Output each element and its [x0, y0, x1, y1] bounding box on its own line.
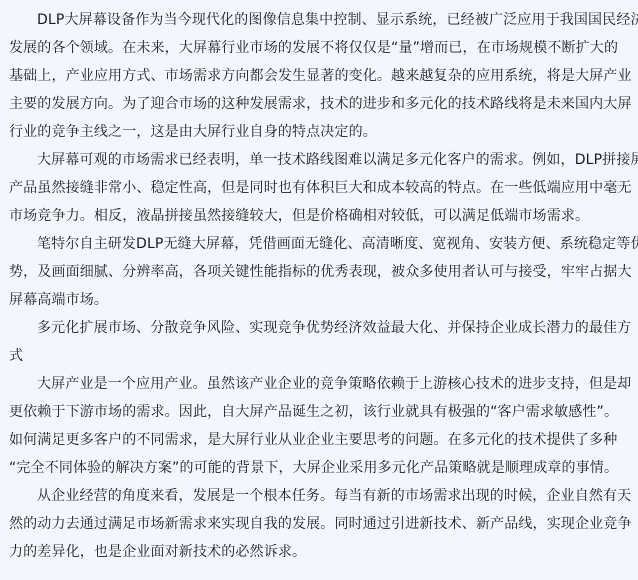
- text-line: 势，及画面细腻、分辨率高，各项关键性能指标的优秀表现，被众多使用者认可与接受，牢…: [9, 258, 634, 286]
- text-line: 基础上，产业应用方式、市场需求方向都会发生显著的变化。越来越复杂的应用系统，将是…: [9, 62, 634, 90]
- text-line: 大屏幕可观的市场需求已经表明，单一技术路线图难以满足多元化客户的需求。例如，DL…: [9, 146, 634, 174]
- paragraph-4: 多元化扩展市场、分散竞争风险、实现竞争优势经济效益最大化、并保持企业成长潜力的最…: [9, 314, 634, 370]
- paragraph-1: DLP大屏幕设备作为当今现代化的图像信息集中控制、显示系统，已经被广泛应用于我国…: [9, 6, 634, 146]
- text-line: 市场竞争力。相反，液晶拼接虽然接缝较大，但是价格确相对较低，可以满足低端市场需求…: [9, 202, 634, 230]
- paragraph-6: 从企业经营的角度来看，发展是一个根本任务。每当有新的市场需求出现的时候，企业自然…: [9, 482, 634, 566]
- text-line: 大屏产业是一个应用产业。虽然该产业企业的竞争策略依赖于上游核心技术的进步支持，但…: [9, 370, 634, 398]
- paragraph-5: 大屏产业是一个应用产业。虽然该产业企业的竞争策略依赖于上游核心技术的进步支持，但…: [9, 370, 634, 482]
- text-line: 多元化扩展市场、分散竞争风险、实现竞争优势经济效益最大化、并保持企业成长潜力的最…: [9, 314, 634, 342]
- text-line: 从企业经营的角度来看，发展是一个根本任务。每当有新的市场需求出现的时候，企业自然…: [9, 482, 634, 510]
- text-line: 主要的发展方向。为了迎合市场的这种发展需求，技术的进步和多元化的技术路线将是未来…: [9, 90, 634, 118]
- paragraph-3: 笔特尔自主研发DLP无缝大屏幕，凭借画面无缝化、高清晰度、宽视角、安装方便、系统…: [9, 230, 634, 314]
- text-line: 力的差异化，也是企业面对新技术的必然诉求。: [9, 538, 634, 566]
- text-line: 产品虽然接缝非常小、稳定性高，但是同时也有体积巨大和成本较高的特点。在一些低端应…: [9, 174, 634, 202]
- text-line: 屏幕高端市场。: [9, 286, 634, 314]
- paragraph-2: 大屏幕可观的市场需求已经表明，单一技术路线图难以满足多元化客户的需求。例如，DL…: [9, 146, 634, 230]
- text-line: 行业的竞争主线之一，这是由大屏行业自身的特点决定的。: [9, 118, 634, 146]
- text-line: 更依赖于下游市场的需求。因此，自大屏产品诞生之初，该行业就具有极强的“客户需求敏…: [9, 398, 634, 426]
- text-line: 笔特尔自主研发DLP无缝大屏幕，凭借画面无缝化、高清晰度、宽视角、安装方便、系统…: [9, 230, 634, 258]
- text-line: DLP大屏幕设备作为当今现代化的图像信息集中控制、显示系统，已经被广泛应用于我国…: [9, 6, 634, 34]
- article-body: DLP大屏幕设备作为当今现代化的图像信息集中控制、显示系统，已经被广泛应用于我国…: [9, 6, 634, 566]
- text-line: 然的动力去通过满足市场新需求来实现自我的发展。同时通过引进新技术、新产品线，实现…: [9, 510, 634, 538]
- text-line: 如何满足更多客户的不同需求，是大屏行业从业企业主要思考的问题。在多元化的技术提供…: [9, 426, 634, 454]
- text-line: “完全不同体验的解决方案”的可能的背景下，大屏企业采用多元化产品策略就是顺理成章…: [9, 454, 634, 482]
- text-line: 发展的各个领域。在未来，大屏幕行业市场的发展不将仅仅是“量”增而已，在市场规模不…: [9, 34, 634, 62]
- text-line: 式: [9, 342, 634, 370]
